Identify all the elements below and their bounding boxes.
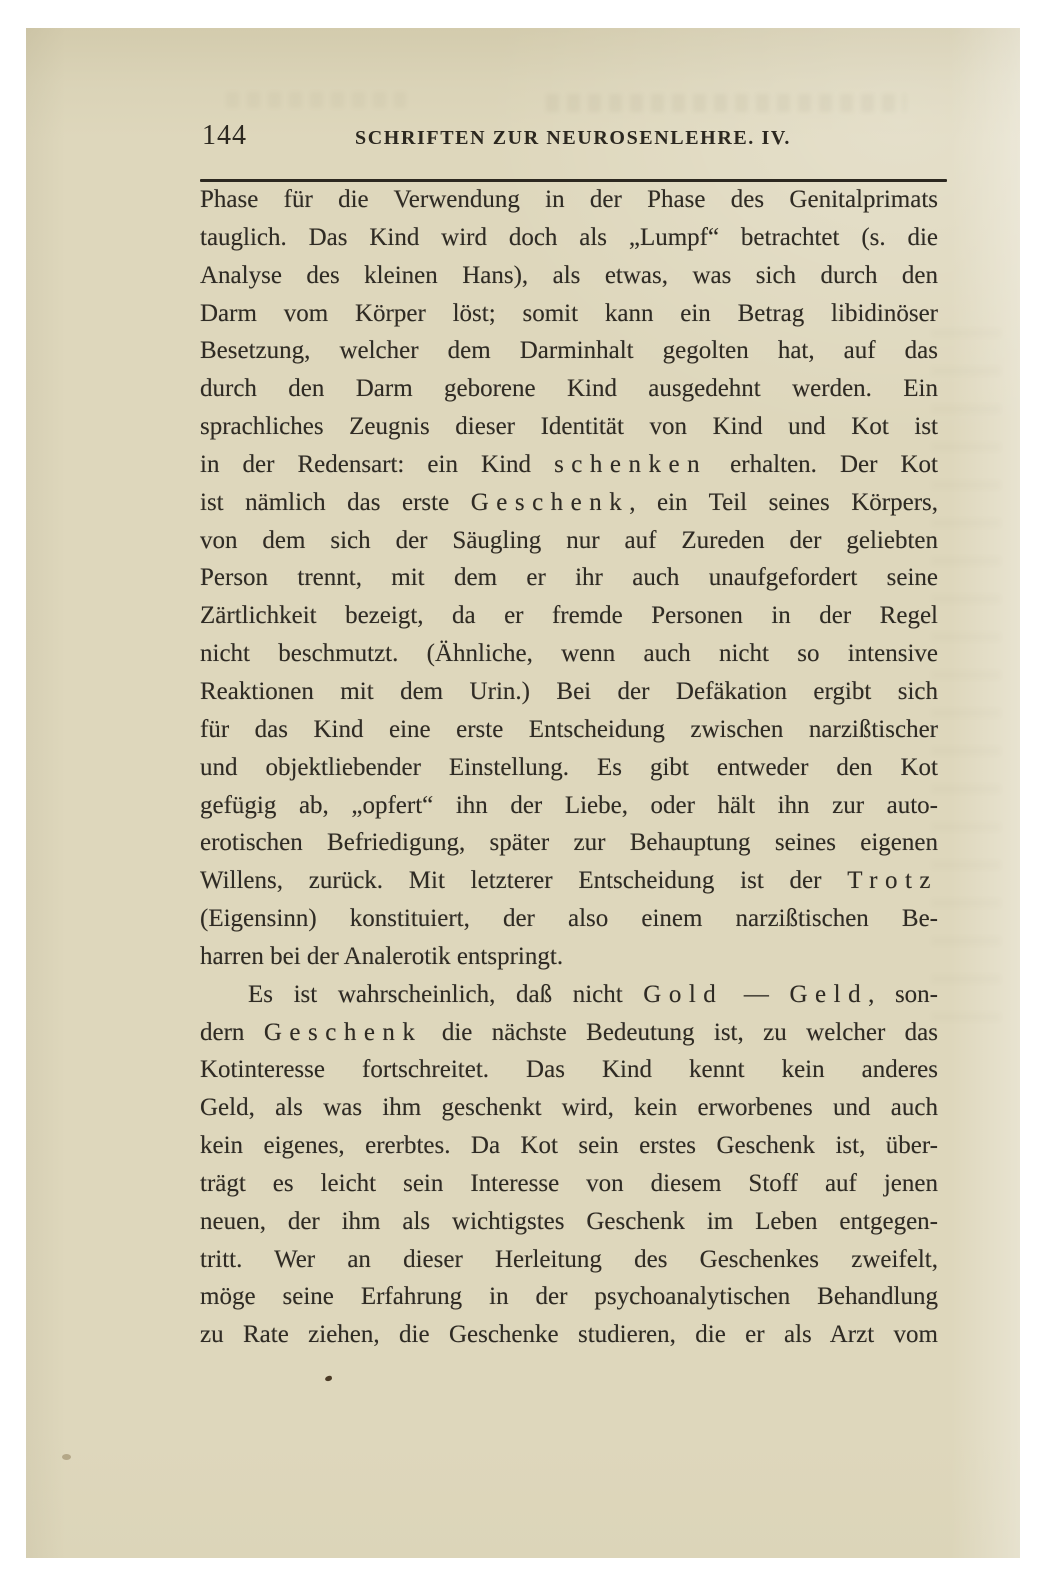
text-segment: möge seine Erfahrung in der psychoanalyt… xyxy=(200,1283,938,1310)
emphasized-word: Gold xyxy=(643,981,723,1008)
text-line: Zärtlichkeit bezeigt, da er fremde Perso… xyxy=(200,597,938,635)
text-line: tritt. Wer an dieser Herleitung des Gesc… xyxy=(200,1241,938,1279)
text-line: tauglich. Das Kind wird doch als „Lumpf“… xyxy=(200,219,938,257)
text-line: Es ist wahrscheinlich, daß nicht Gold — … xyxy=(200,976,938,1014)
text-line: dern Geschenk die nächste Bedeutung ist,… xyxy=(200,1014,938,1052)
emphasized-word: Geld xyxy=(789,981,868,1008)
text-segment: , ein Teil seines Körpers, xyxy=(629,489,938,516)
text-line: gefügig ab, „opfert“ ihn der Liebe, oder… xyxy=(200,787,938,825)
text-segment: neuen, der ihm als wichtigstes Geschenk … xyxy=(200,1208,938,1235)
running-header-title: SCHRIFTEN ZUR NEUROSENLEHRE. IV. xyxy=(200,127,946,150)
text-segment: Kotinteresse fortschreitet. Das Kind ken… xyxy=(200,1056,938,1083)
text-segment: (Eigensinn) konstituiert, der also einem… xyxy=(200,905,938,932)
text-segment: Es ist wahrscheinlich, daß nicht xyxy=(248,981,643,1008)
showthrough-artifact xyxy=(546,94,906,112)
text-line: von dem sich der Säugling nur auf Zurede… xyxy=(200,522,938,560)
text-segment: tritt. Wer an dieser Herleitung des Gesc… xyxy=(200,1246,938,1273)
text-line: Kotinteresse fortschreitet. Das Kind ken… xyxy=(200,1051,938,1089)
text-segment: erhalten. Der Kot xyxy=(707,451,938,478)
text-segment: nicht beschmutzt. (Ähnliche, wenn auch n… xyxy=(200,640,938,667)
text-segment: sprachliches Zeugnis dieser Identität vo… xyxy=(200,413,938,440)
emphasized-word: Trotz xyxy=(847,867,938,894)
emphasized-word: schenken xyxy=(554,451,707,478)
text-segment: trägt es leicht sein Interesse von diese… xyxy=(200,1170,938,1197)
text-line: Reaktionen mit dem Urin.) Bei der Defäka… xyxy=(200,673,938,711)
text-segment: , son- xyxy=(868,981,938,1008)
text-segment: erotischen Befriedigung, später zur Beha… xyxy=(200,829,938,856)
text-line: erotischen Befriedigung, später zur Beha… xyxy=(200,824,938,862)
text-segment: Reaktionen mit dem Urin.) Bei der Defäka… xyxy=(200,678,938,705)
text-line: neuen, der ihm als wichtigstes Geschenk … xyxy=(200,1203,938,1241)
text-segment: und objektliebender Einstellung. Es gibt… xyxy=(200,754,938,781)
text-segment: ist nämlich das erste xyxy=(200,489,471,516)
text-segment: tauglich. Das Kind wird doch als „Lumpf“… xyxy=(200,224,938,251)
scan-canvas: 144 SCHRIFTEN ZUR NEUROSENLEHRE. IV. Pha… xyxy=(0,0,1045,1586)
text-line: Phase für die Verwendung in der Phase de… xyxy=(200,181,938,219)
text-segment: gefügig ab, „opfert“ ihn der Liebe, oder… xyxy=(200,792,938,819)
text-segment: Zärtlichkeit bezeigt, da er fremde Perso… xyxy=(200,602,938,629)
text-line: sprachliches Zeugnis dieser Identität vo… xyxy=(200,408,938,446)
text-segment: Analyse des kleinen Hans), als etwas, wa… xyxy=(200,262,938,289)
emphasized-word: Geschenk xyxy=(264,1019,423,1046)
text-segment: kein eigenes, ererbtes. Da Kot sein erst… xyxy=(200,1132,938,1159)
body-text: Phase für die Verwendung in der Phase de… xyxy=(200,181,938,1354)
text-segment: zu Rate ziehen, die Geschenke studieren,… xyxy=(200,1321,938,1348)
ink-speck xyxy=(324,1375,332,1382)
text-line: und objektliebender Einstellung. Es gibt… xyxy=(200,749,938,787)
text-segment: dern xyxy=(200,1019,264,1046)
text-line: durch den Darm geborene Kind ausgedehnt … xyxy=(200,370,938,408)
text-line: (Eigensinn) konstituiert, der also einem… xyxy=(200,900,938,938)
text-segment: Willens, zurück. Mit letzterer Entscheid… xyxy=(200,867,847,894)
text-line: für das Kind eine erste Entscheidung zwi… xyxy=(200,711,938,749)
text-line: Darm vom Körper löst; somit kann ein Bet… xyxy=(200,295,938,333)
text-segment: in der Redensart: ein Kind xyxy=(200,451,554,478)
text-segment: Besetzung, welcher dem Darminhalt gegolt… xyxy=(200,337,938,364)
text-segment: Darm vom Körper löst; somit kann ein Bet… xyxy=(200,300,938,327)
text-segment: für das Kind eine erste Entscheidung zwi… xyxy=(200,716,938,743)
text-line: möge seine Erfahrung in der psychoanalyt… xyxy=(200,1278,938,1316)
text-line: Besetzung, welcher dem Darminhalt gegolt… xyxy=(200,332,938,370)
text-line: nicht beschmutzt. (Ähnliche, wenn auch n… xyxy=(200,635,938,673)
text-segment: harren bei der Analerotik entspringt. xyxy=(200,943,563,970)
text-line: Analyse des kleinen Hans), als etwas, wa… xyxy=(200,257,938,295)
text-line: ist nämlich das erste Geschenk, ein Teil… xyxy=(200,484,938,522)
text-line: trägt es leicht sein Interesse von diese… xyxy=(200,1165,938,1203)
text-segment: Person trennt, mit dem er ihr auch unauf… xyxy=(200,564,938,591)
showthrough-artifact xyxy=(226,92,406,108)
text-line: Person trennt, mit dem er ihr auch unauf… xyxy=(200,559,938,597)
text-line: in der Redensart: ein Kind schenken erha… xyxy=(200,446,938,484)
text-segment: Phase für die Verwendung in der Phase de… xyxy=(200,186,938,213)
emphasized-word: Geschenk xyxy=(471,489,630,516)
paper-stain xyxy=(62,1454,71,1460)
text-segment: — xyxy=(723,981,789,1008)
showthrough-artifact xyxy=(931,328,1001,1028)
text-line: harren bei der Analerotik entspringt. xyxy=(200,938,938,976)
text-segment: von dem sich der Säugling nur auf Zurede… xyxy=(200,527,938,554)
text-line: Willens, zurück. Mit letzterer Entscheid… xyxy=(200,862,938,900)
text-line: kein eigenes, ererbtes. Da Kot sein erst… xyxy=(200,1127,938,1165)
text-segment: die nächste Bedeutung ist, zu welcher da… xyxy=(422,1019,938,1046)
text-line: Geld, als was ihm geschenkt wird, kein e… xyxy=(200,1089,938,1127)
text-segment: durch den Darm geborene Kind ausgedehnt … xyxy=(200,375,938,402)
text-line: zu Rate ziehen, die Geschenke studieren,… xyxy=(200,1316,938,1354)
book-page: 144 SCHRIFTEN ZUR NEUROSENLEHRE. IV. Pha… xyxy=(26,28,1020,1558)
text-segment: Geld, als was ihm geschenkt wird, kein e… xyxy=(200,1094,938,1121)
